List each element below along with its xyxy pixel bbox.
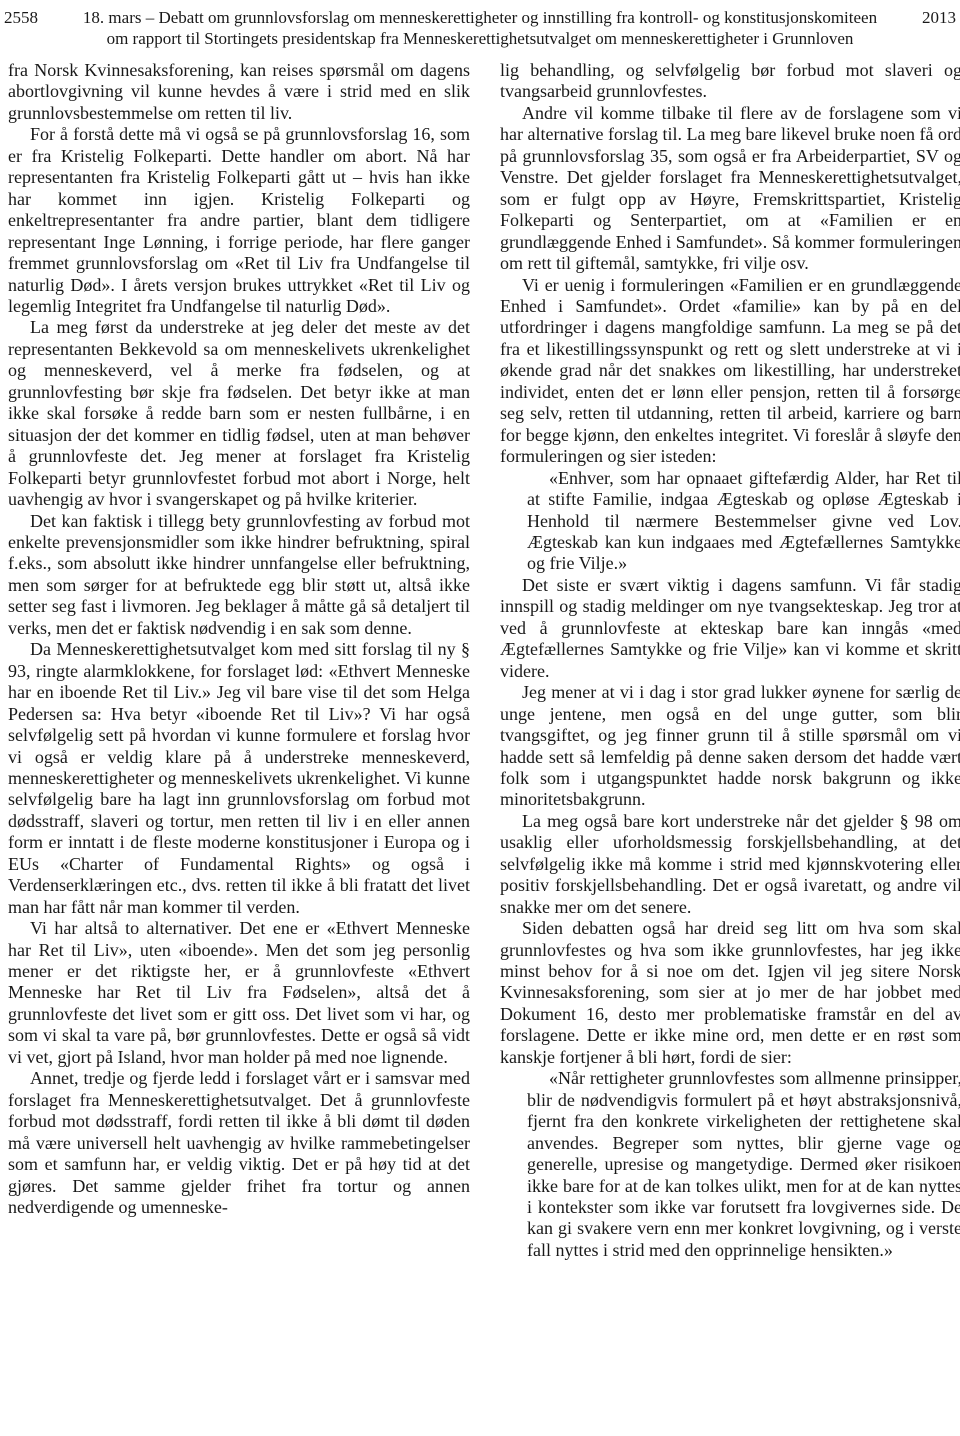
header-year: 2013 bbox=[922, 7, 956, 28]
blockquote-paragraph: «Enhver, som har opnaaet giftefærdig Ald… bbox=[527, 468, 960, 575]
header-title-line1: 18. mars – Debatt om grunnlovsforslag om… bbox=[65, 7, 895, 28]
two-column-body: fra Norsk Kvinnesaksforening, kan reises… bbox=[0, 56, 960, 1261]
blockquote-paragraph: «Når rettigheter grunnlovfestes som allm… bbox=[527, 1068, 960, 1261]
right-column: lig behandling, og selvfølgelig bør forb… bbox=[500, 60, 960, 1261]
body-paragraph: Det siste er svært viktig i dagens samfu… bbox=[500, 575, 960, 682]
body-paragraph: Vi har altså to alternativer. Det ene er… bbox=[8, 918, 470, 1068]
left-column: fra Norsk Kvinnesaksforening, kan reises… bbox=[8, 60, 470, 1261]
body-paragraph: For å forstå dette må vi også se på grun… bbox=[8, 124, 470, 317]
body-paragraph: Siden debatten også har dreid seg litt o… bbox=[500, 918, 960, 1068]
body-paragraph: Vi er uenig i formuleringen «Familien er… bbox=[500, 275, 960, 468]
body-paragraph: fra Norsk Kvinnesaksforening, kan reises… bbox=[8, 60, 470, 124]
document-page: 2558 18. mars – Debatt om grunnlovsforsl… bbox=[0, 0, 960, 1436]
header-title-line2: om rapport til Stortingets presidentskap… bbox=[65, 28, 895, 49]
running-header: 2558 18. mars – Debatt om grunnlovsforsl… bbox=[0, 0, 960, 56]
body-paragraph: Andre vil komme tilbake til flere av de … bbox=[500, 103, 960, 275]
body-paragraph: Jeg mener at vi i dag i stor grad lukker… bbox=[500, 682, 960, 811]
body-paragraph: La meg også bare kort understreke når de… bbox=[500, 811, 960, 918]
body-paragraph: Det kan faktisk i tillegg bety grunnlovf… bbox=[8, 511, 470, 640]
body-paragraph: lig behandling, og selvfølgelig bør forb… bbox=[500, 60, 960, 103]
page-number: 2558 bbox=[4, 7, 38, 28]
body-paragraph: Da Menneskerettighetsutvalget kom med si… bbox=[8, 639, 470, 918]
header-title: 18. mars – Debatt om grunnlovsforslag om… bbox=[65, 7, 895, 49]
body-paragraph: Annet, tredje og fjerde ledd i forslaget… bbox=[8, 1068, 470, 1218]
body-paragraph: La meg først da understreke at jeg deler… bbox=[8, 317, 470, 510]
